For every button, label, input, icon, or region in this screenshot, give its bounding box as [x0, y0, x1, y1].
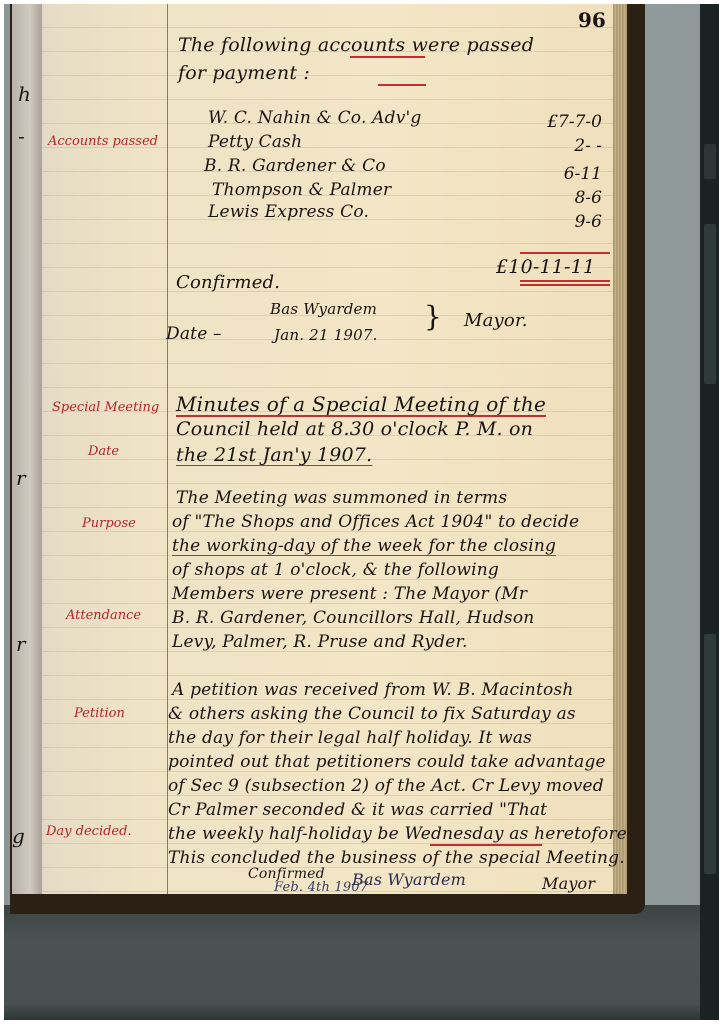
- accounts-mayor: Mayor.: [464, 310, 528, 331]
- petition-line: pointed out that petitioners could take …: [168, 752, 606, 772]
- facing-page-fragment: g: [12, 824, 25, 848]
- margin-label-purpose: Purpose: [82, 516, 136, 531]
- accounts-confirmed: Confirmed.: [176, 272, 280, 293]
- accounts-heading-line2: for payment :: [178, 62, 310, 84]
- brace-icon: }: [424, 300, 442, 333]
- petition-line: & others asking the Council to fix Satur…: [168, 704, 576, 724]
- strip-tab: [704, 144, 716, 179]
- heading-text: The following accounts were passed: [178, 34, 534, 56]
- margin-label-attendance: Attendance: [66, 608, 141, 623]
- accounts-date-value: Jan. 21 1907.: [274, 326, 378, 344]
- strip-tab: [704, 224, 716, 384]
- right-edge-strip: [700, 4, 719, 1020]
- account-payee: W. C. Nahin & Co. Adv'g: [208, 108, 421, 128]
- account-payee: B. R. Gardener & Co: [204, 156, 386, 176]
- margin-label-petition: Petition: [74, 706, 125, 721]
- meeting-mayor: Mayor: [542, 874, 595, 893]
- payment-underline: [378, 84, 426, 86]
- purpose-line: the working-day of the week for the clos…: [172, 536, 556, 556]
- margin-label-accounts-passed: Accounts passed: [48, 134, 158, 149]
- attendance-line: B. R. Gardener, Councillors Hall, Hudson: [172, 608, 534, 628]
- meeting-title-line: Minutes of a Special Meeting of the: [176, 392, 546, 416]
- meeting-title-line: Council held at 8.30 o'clock P. M. on: [176, 418, 533, 440]
- account-payee: Thompson & Palmer: [212, 180, 391, 200]
- margin-label-day-decided: Day decided.: [46, 824, 132, 839]
- accounts-underline: [350, 56, 425, 58]
- account-amount: 6-11: [532, 164, 602, 184]
- margin-label-special-meeting: Special Meeting: [52, 400, 159, 415]
- facing-page-fragment: h: [18, 82, 31, 106]
- petition-line: of Sec 9 (subsection 2) of the Act. Cr L…: [168, 776, 604, 796]
- petition-line: the day for their legal half holiday. It…: [168, 728, 532, 748]
- purpose-line: of shops at 1 o'clock, & the following: [172, 560, 499, 580]
- account-amount: 9-6: [532, 212, 602, 232]
- facing-page-fragment: r: [16, 466, 26, 490]
- total-rule-bottom-2: [520, 284, 610, 286]
- accounts-signature: Bas Wyardem: [270, 300, 377, 318]
- accounts-heading-line1: The following accounts were passed: [178, 34, 534, 56]
- decision-line: the weekly half-holiday be Wednesday as …: [168, 824, 627, 844]
- petition-line: Cr Palmer seconded & it was carried "Tha…: [168, 800, 547, 820]
- facing-page-fragment: r: [16, 632, 26, 656]
- accounts-total: £10-11-11: [496, 256, 595, 278]
- accounts-date-label: Date –: [166, 324, 222, 344]
- page-gutter: [12, 4, 42, 894]
- strip-tab: [704, 634, 716, 874]
- account-payee: Petty Cash: [208, 132, 302, 152]
- meeting-signature: Bas Wyardem: [352, 870, 466, 889]
- purpose-line: of "The Shops and Offices Act 1904" to d…: [172, 512, 579, 532]
- facing-page-fragment: -: [18, 124, 25, 148]
- total-rule-top: [520, 252, 610, 254]
- petition-line: A petition was received from W. B. Macin…: [172, 680, 574, 700]
- ledger-page: h - r r g 96 Accounts passed The followi…: [12, 4, 627, 894]
- purpose-line: The Meeting was summoned in terms: [176, 488, 507, 508]
- scanner-backdrop-bottom: [4, 905, 712, 1020]
- account-amount: £7-7-0: [532, 112, 602, 132]
- margin-label-date: Date: [88, 444, 119, 459]
- account-amount: 8-6: [532, 188, 602, 208]
- attendance-line: Levy, Palmer, R. Pruse and Ryder.: [172, 632, 468, 652]
- purpose-line: Members were present : The Mayor (Mr: [172, 584, 527, 604]
- account-amount: 2- -: [532, 136, 602, 156]
- account-payee: Lewis Express Co.: [208, 202, 369, 222]
- page-edges: [613, 4, 627, 894]
- meeting-title-line: the 21st Jan'y 1907.: [176, 444, 372, 466]
- decision-line: This concluded the business of the speci…: [168, 848, 625, 868]
- wednesday-underline: [430, 844, 542, 846]
- total-rule-bottom-1: [520, 280, 610, 282]
- page-number: 96: [578, 8, 606, 32]
